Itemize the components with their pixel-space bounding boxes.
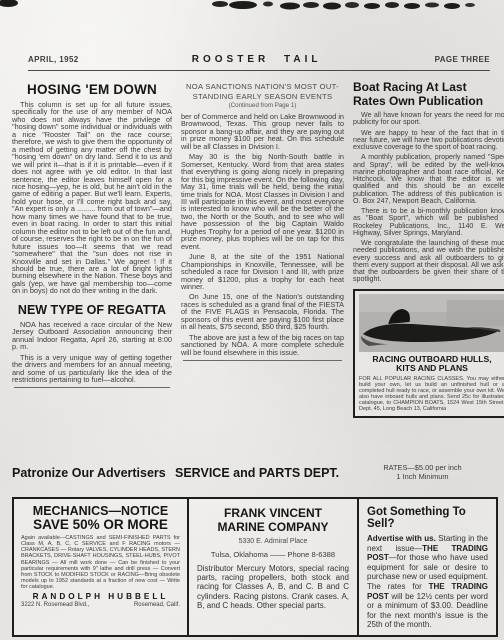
ad-body: Distributor Mercury Motors, special raci… [197, 564, 349, 610]
ad-text-bold: Advertise with us. [367, 534, 436, 543]
title-line: FRANK VINCENT [224, 506, 322, 520]
article-title-regatta: NEW TYPE OF REGATTA [12, 303, 172, 317]
article-paragraph: NOA has received a race circular of the … [12, 321, 172, 351]
title-line: Rates Own Publication [353, 94, 483, 108]
title-line: KITS AND PLANS [396, 363, 468, 373]
continued-note: (Continued from Page 1) [181, 102, 344, 109]
advertiser-name: RANDOLPH HUBBELL [21, 592, 180, 601]
rates-line: 1 Inch Minimum [396, 472, 448, 481]
article-title-hosing: HOSING 'EM DOWN [12, 82, 172, 97]
column-middle: NOA SANCTIONS NATION'S MOST OUT- STANDIN… [181, 80, 344, 458]
ad-randolph-hubbell: MECHANICS—NOTICE SAVE 50% OR MORE Again … [12, 497, 189, 637]
article-paragraph: June 8, at the site of the 1951 National… [181, 253, 344, 290]
ad-title: Got Something To Sell? [367, 506, 488, 530]
article-paragraph: This is a very unique way of getting tog… [12, 354, 172, 384]
advertiser-address: 5330 E. Admiral Place [197, 538, 349, 545]
torn-paper-edge [0, 0, 504, 14]
article-paragraph: May 30 is the big North-South battle in … [181, 153, 344, 250]
ad-frank-vincent: FRANK VINCENT MARINE COMPANY 5330 E. Adm… [189, 497, 359, 637]
article-paragraph: We congratulate the launching of these m… [353, 240, 504, 284]
article-paragraph: We are happy to hear of the fact that in… [353, 130, 504, 152]
page-header: APRIL, 1952 ROOSTER TAIL PAGE THREE [28, 54, 490, 71]
address-street: 3222 N. Rosemead Blvd., [21, 602, 89, 608]
service-parts-heading: SERVICE and PARTS DEPT. [175, 461, 347, 480]
title-line: RACING OUTBOARD HULLS, [372, 354, 491, 364]
article-paragraph: There is to be a bi-monthly publication … [353, 208, 504, 237]
article-title-publication: Boat Racing At Last Rates Own Publicatio… [353, 80, 504, 108]
racing-boat-photo [359, 294, 504, 352]
title-line: NOA SANCTIONS NATION'S MOST OUT- [186, 82, 339, 91]
address-city: Rosemead, Calif. [134, 602, 180, 608]
issue-date: APRIL, 1952 [28, 55, 79, 64]
article-paragraph: ber of Commerce and held on Lake Brownwo… [181, 113, 344, 150]
article-end-rule [183, 360, 342, 361]
ad-title-line: SAVE 50% OR MORE [21, 518, 180, 532]
column-right: Boat Racing At Last Rates Own Publicatio… [353, 80, 504, 458]
title-line: Boat Racing At Last [353, 80, 467, 94]
ad-trading-post: Got Something To Sell? Advertise with us… [359, 497, 498, 637]
scanned-newsletter-page: APRIL, 1952 ROOSTER TAIL PAGE THREE HOSI… [0, 0, 504, 640]
article-paragraph: The above are just a few of the big race… [181, 334, 344, 356]
title-line: MARINE COMPANY [217, 520, 328, 534]
page-number: PAGE THREE [435, 55, 490, 64]
ad-title-champion: RACING OUTBOARD HULLS, KITS AND PLANS [359, 355, 504, 374]
champion-boats-ad: RACING OUTBOARD HULLS, KITS AND PLANS FO… [353, 289, 504, 419]
section-band: Patronize Our Advertisers SERVICE and PA… [12, 461, 498, 481]
title-line: STANDING EARLY SEASON EVENTS [193, 92, 333, 101]
advertiser-address: 3222 N. Rosemead Blvd., Rosemead, Calif. [21, 602, 180, 608]
article-paragraph: On June 15, one of the Nation's outstand… [181, 293, 344, 330]
article-end-rule [14, 387, 170, 388]
article-paragraph: A monthly publication, properly named "S… [353, 154, 504, 205]
ad-body: Advertise with us. Starting in the next … [367, 534, 488, 630]
masthead-title: ROOSTER TAIL [192, 54, 322, 65]
patronize-heading: Patronize Our Advertisers [12, 461, 175, 480]
ad-body: Again available—CASTINGS and SEMI-FINISH… [21, 535, 180, 590]
advertiser-phone: Tulsa, Oklahoma —— Phone 8-6388 [197, 550, 349, 559]
article-paragraph: We all have known for years the need for… [353, 112, 504, 127]
ad-title: FRANK VINCENT MARINE COMPANY [197, 507, 349, 534]
advertisements-row: MECHANICS—NOTICE SAVE 50% OR MORE Again … [12, 497, 498, 637]
article-title-sanctions: NOA SANCTIONS NATION'S MOST OUT- STANDIN… [181, 82, 344, 101]
rates-line: RATES—$5.00 per inch [383, 463, 461, 472]
article-paragraph: This column is set up for all future iss… [12, 101, 172, 295]
column-left: HOSING 'EM DOWN This column is set up fo… [12, 80, 172, 458]
ad-body-champion: FOR ALL POPULAR RACING CLASSES. You may … [359, 376, 504, 413]
ad-rates-note: RATES—$5.00 per inch 1 Inch Minimum [347, 461, 498, 481]
